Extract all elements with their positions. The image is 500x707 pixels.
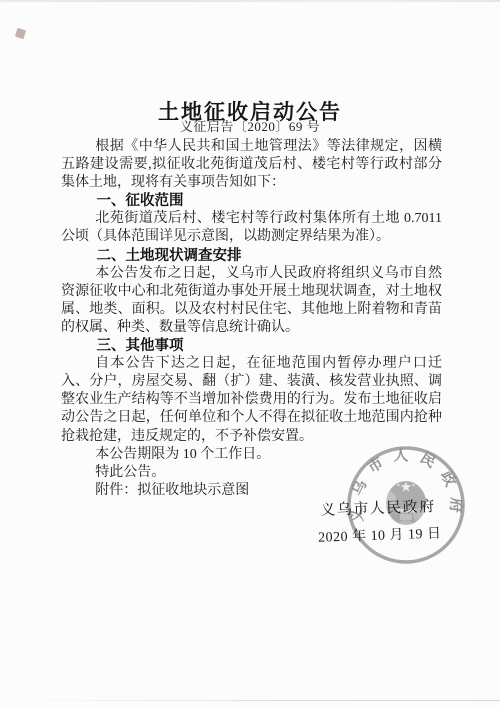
section-heading-2: 二、土地现状调查安排 [61, 247, 442, 265]
scan-edge-top [0, 0, 500, 2]
section-heading-3: 三、其他事项 [61, 337, 442, 355]
signature-issuer: 义乌市人民政府 [314, 495, 443, 520]
paragraph-other: 自本公告下达之日起，在征地范围内暂停办理户口迁入、分户，房屋交易、翻（扩）建、装… [61, 355, 442, 445]
paragraph-intro: 根据《中华人民共和国土地管理法》等法律规定，因横五路建设需要,拟征收北苑街道茂后… [61, 138, 442, 192]
scanned-announcement-page: 土地征收启动公告 义征启告〔2020〕69 号 根据《中华人民共和国土地管理法》… [0, 0, 500, 707]
paragraph-duration: 本公告期限为 10 个工作日。 [61, 446, 442, 464]
announcement-body: 根据《中华人民共和国土地管理法》等法律规定，因横五路建设需要,拟征收北苑街道茂后… [61, 138, 442, 500]
paragraph-scope: 北苑街道茂后村、楼宅村等行政村集体所有土地 0.7011 公顷（具体范围详见示意… [61, 210, 442, 246]
document-number: 义征启告〔2020〕69 号 [0, 116, 500, 135]
scan-edge-bottom [0, 700, 500, 702]
paragraph-closing: 特此公告。 [61, 464, 442, 482]
paragraph-survey: 本公告发布之日起，义乌市人民政府将组织义乌市自然资源征收中心和北苑街道办事处开展… [61, 265, 442, 337]
section-heading-1: 一、征收范围 [61, 192, 442, 210]
scan-corner-mark [15, 28, 26, 39]
